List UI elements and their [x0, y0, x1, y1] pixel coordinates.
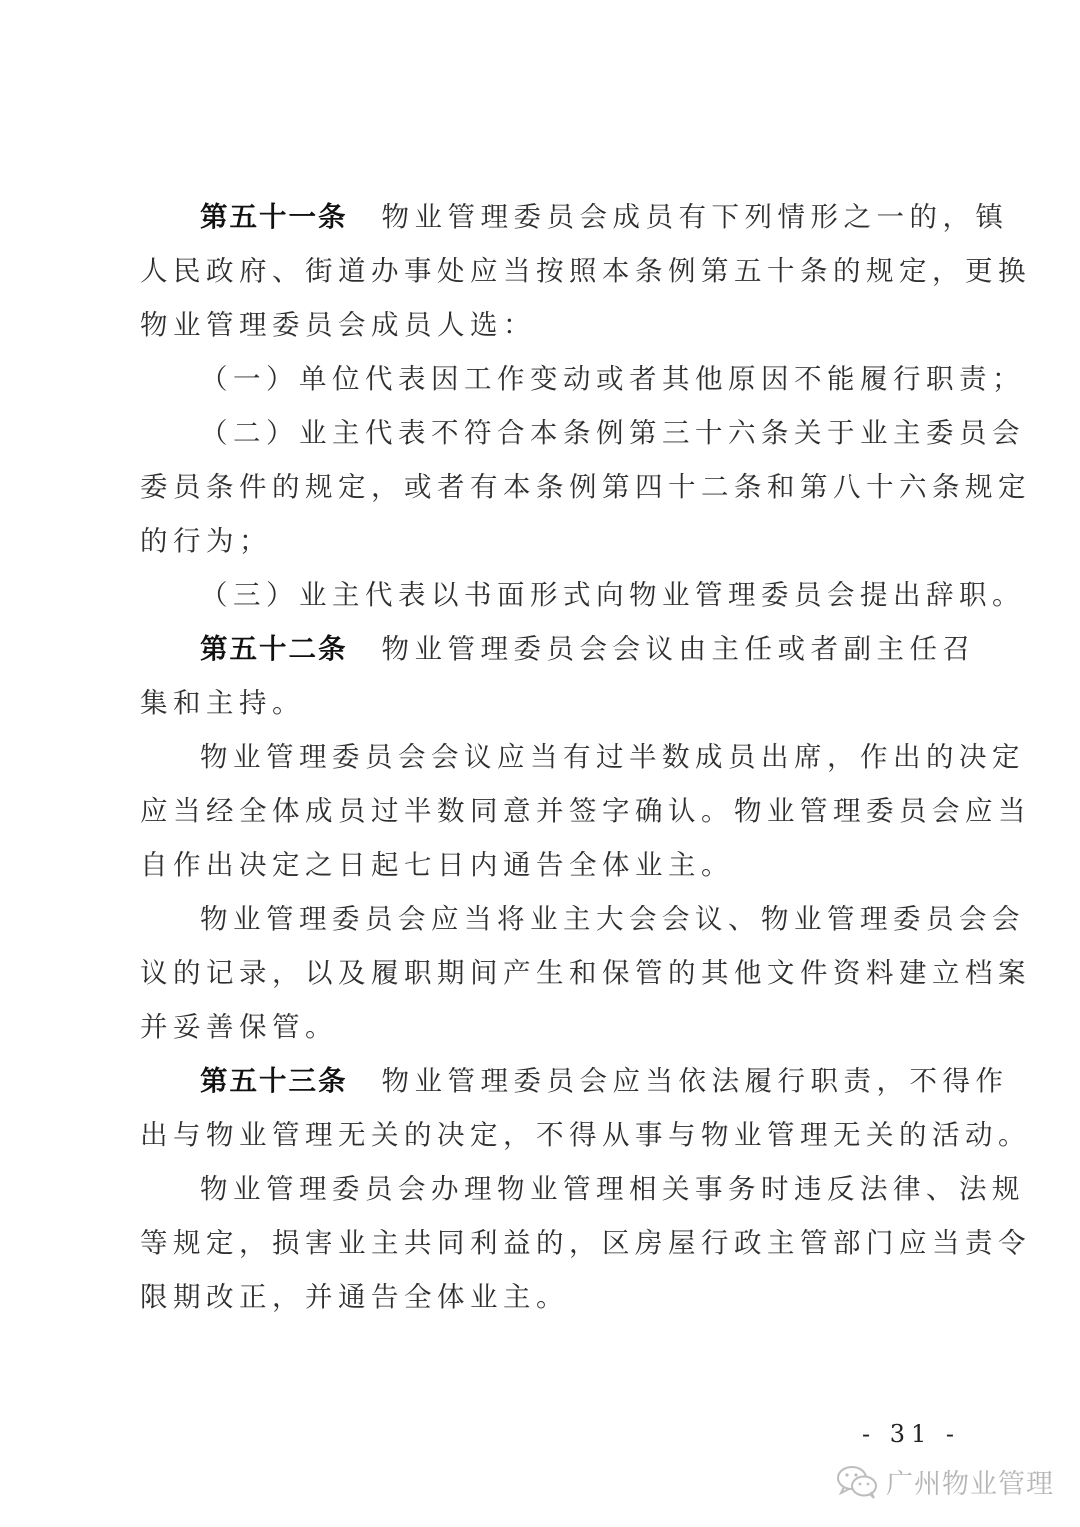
wechat-icon — [836, 1464, 880, 1500]
article-51-line-1: 第五十一条物业管理委员会成员有下列情形之一的，镇 — [140, 190, 940, 244]
text-line: 限期改正，并通告全体业主。 — [140, 1270, 940, 1324]
line-text: 物业管理委员会成员有下列情形之一的，镇 — [382, 201, 1009, 233]
watermark-label: 广州物业管理 — [886, 1462, 1054, 1501]
text-line: 人民政府、街道办事处应当按照本条例第五十条的规定，更换 — [140, 244, 940, 298]
text-line: 应当经全体成员过半数同意并签字确认。物业管理委员会应当 — [140, 784, 940, 838]
paragraph-start: 物业管理委员会办理物业管理相关事务时违反法律、法规 — [140, 1162, 940, 1216]
text-line: 物业管理委员会成员人选： — [140, 298, 940, 352]
text-line: 并妥善保管。 — [140, 1000, 940, 1054]
article-52-line-1: 第五十二条物业管理委员会会议由主任或者副主任召 — [140, 622, 940, 676]
text-line: 等规定，损害业主共同利益的，区房屋行政主管部门应当责令 — [140, 1216, 940, 1270]
text-line: 出与物业管理无关的决定，不得从事与物业管理无关的活动。 — [140, 1108, 940, 1162]
line-text: 物业管理委员会应当依法履行职责，不得作 — [382, 1065, 1009, 1097]
watermark: 广州物业管理 — [836, 1462, 1054, 1501]
text-line: 委员条件的规定，或者有本条例第四十二条和第八十六条规定 — [140, 460, 940, 514]
list-item-3: （三）业主代表以书面形式向物业管理委员会提出辞职。 — [140, 568, 940, 622]
paragraph-start: 物业管理委员会应当将业主大会会议、物业管理委员会会 — [140, 892, 940, 946]
text-line: 的行为； — [140, 514, 940, 568]
list-item-1: （一）单位代表因工作变动或者其他原因不能履行职责； — [140, 352, 940, 406]
text-line: 自作出决定之日起七日内通告全体业主。 — [140, 838, 940, 892]
list-item-2: （二）业主代表不符合本条例第三十六条关于业主委员会 — [140, 406, 940, 460]
line-text: 物业管理委员会会议由主任或者副主任召 — [382, 633, 976, 665]
article-number: 第五十二条 — [200, 633, 348, 665]
article-number: 第五十三条 — [200, 1065, 348, 1097]
paragraph-start: 物业管理委员会会议应当有过半数成员出席，作出的决定 — [140, 730, 940, 784]
document-body: 第五十一条物业管理委员会成员有下列情形之一的，镇 人民政府、街道办事处应当按照本… — [140, 190, 940, 1324]
document-page: 第五十一条物业管理委员会成员有下列情形之一的，镇 人民政府、街道办事处应当按照本… — [0, 0, 1080, 1527]
text-line: 议的记录，以及履职期间产生和保管的其他文件资料建立档案 — [140, 946, 940, 1000]
text-line: 集和主持。 — [140, 676, 940, 730]
page-number: - 31 - — [862, 1420, 960, 1448]
article-number: 第五十一条 — [200, 201, 348, 233]
article-53-line-1: 第五十三条物业管理委员会应当依法履行职责，不得作 — [140, 1054, 940, 1108]
